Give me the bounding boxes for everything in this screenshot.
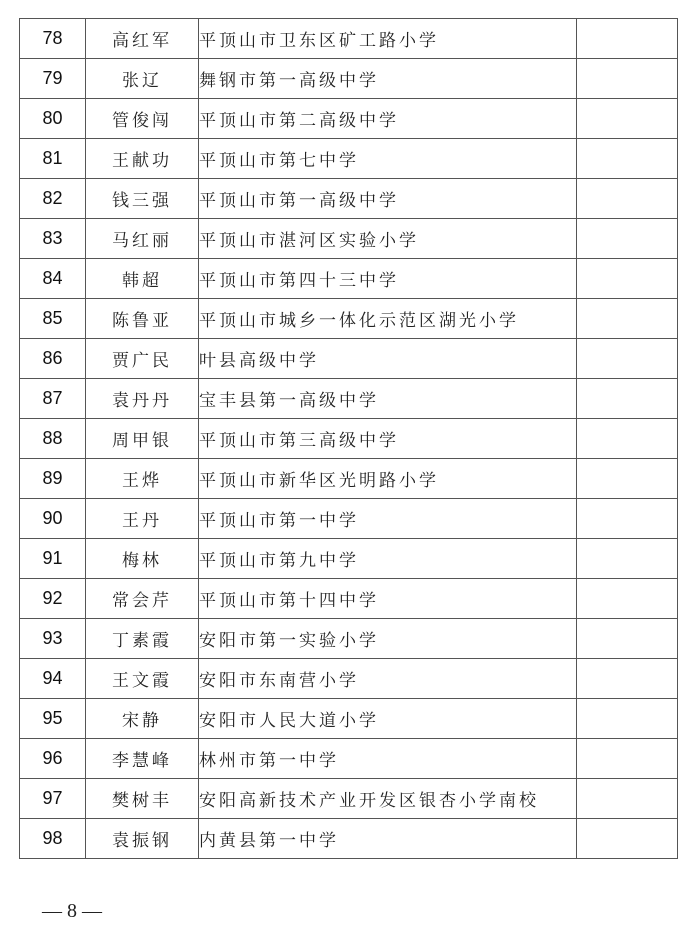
- row-number: 92: [20, 579, 86, 619]
- table-row: 89王烨平顶山市新华区光明路小学: [20, 459, 678, 499]
- note-cell: [577, 739, 678, 779]
- row-number: 84: [20, 259, 86, 299]
- note-cell: [577, 419, 678, 459]
- note-cell: [577, 19, 678, 59]
- note-cell: [577, 299, 678, 339]
- school-name: 内黄县第一中学: [199, 819, 577, 859]
- table-row: 78高红军平顶山市卫东区矿工路小学: [20, 19, 678, 59]
- school-name: 安阳市人民大道小学: [199, 699, 577, 739]
- person-name: 钱三强: [86, 179, 199, 219]
- table-row: 98袁振钢内黄县第一中学: [20, 819, 678, 859]
- note-cell: [577, 99, 678, 139]
- table-row: 96李慧峰林州市第一中学: [20, 739, 678, 779]
- table-row: 81王献功平顶山市第七中学: [20, 139, 678, 179]
- school-name: 平顶山市第一高级中学: [199, 179, 577, 219]
- person-name: 贾广民: [86, 339, 199, 379]
- row-number: 95: [20, 699, 86, 739]
- document-page: 78高红军平顶山市卫东区矿工路小学 79张辽舞钢市第一高级中学 80管俊闯平顶山…: [0, 0, 690, 928]
- row-number: 79: [20, 59, 86, 99]
- person-name: 王献功: [86, 139, 199, 179]
- person-name: 王烨: [86, 459, 199, 499]
- note-cell: [577, 459, 678, 499]
- school-name: 林州市第一中学: [199, 739, 577, 779]
- row-number: 81: [20, 139, 86, 179]
- person-name: 管俊闯: [86, 99, 199, 139]
- page-number: — 8 —: [42, 900, 102, 923]
- roster-table-body: 78高红军平顶山市卫东区矿工路小学 79张辽舞钢市第一高级中学 80管俊闯平顶山…: [20, 19, 678, 859]
- note-cell: [577, 819, 678, 859]
- table-row: 90王丹平顶山市第一中学: [20, 499, 678, 539]
- table-row: 94王文霞安阳市东南营小学: [20, 659, 678, 699]
- table-row: 92常会芹平顶山市第十四中学: [20, 579, 678, 619]
- row-number: 85: [20, 299, 86, 339]
- school-name: 平顶山市第七中学: [199, 139, 577, 179]
- school-name: 平顶山市第四十三中学: [199, 259, 577, 299]
- note-cell: [577, 779, 678, 819]
- person-name: 梅林: [86, 539, 199, 579]
- school-name: 平顶山市第十四中学: [199, 579, 577, 619]
- person-name: 韩超: [86, 259, 199, 299]
- note-cell: [577, 619, 678, 659]
- person-name: 马红丽: [86, 219, 199, 259]
- note-cell: [577, 179, 678, 219]
- row-number: 94: [20, 659, 86, 699]
- row-number: 90: [20, 499, 86, 539]
- person-name: 王文霞: [86, 659, 199, 699]
- table-row: 80管俊闯平顶山市第二高级中学: [20, 99, 678, 139]
- note-cell: [577, 219, 678, 259]
- note-cell: [577, 659, 678, 699]
- person-name: 高红军: [86, 19, 199, 59]
- table-row: 97樊树丰安阳高新技术产业开发区银杏小学南校: [20, 779, 678, 819]
- person-name: 张辽: [86, 59, 199, 99]
- school-name: 安阳市第一实验小学: [199, 619, 577, 659]
- note-cell: [577, 699, 678, 739]
- row-number: 93: [20, 619, 86, 659]
- person-name: 袁丹丹: [86, 379, 199, 419]
- row-number: 91: [20, 539, 86, 579]
- table-row: 84韩超平顶山市第四十三中学: [20, 259, 678, 299]
- note-cell: [577, 59, 678, 99]
- school-name: 平顶山市城乡一体化示范区湖光小学: [199, 299, 577, 339]
- note-cell: [577, 379, 678, 419]
- table-row: 93丁素霞安阳市第一实验小学: [20, 619, 678, 659]
- table-row: 79张辽舞钢市第一高级中学: [20, 59, 678, 99]
- person-name: 樊树丰: [86, 779, 199, 819]
- row-number: 80: [20, 99, 86, 139]
- school-name: 平顶山市第一中学: [199, 499, 577, 539]
- school-name: 平顶山市第九中学: [199, 539, 577, 579]
- row-number: 78: [20, 19, 86, 59]
- note-cell: [577, 539, 678, 579]
- person-name: 常会芹: [86, 579, 199, 619]
- row-number: 98: [20, 819, 86, 859]
- person-name: 李慧峰: [86, 739, 199, 779]
- table-row: 82钱三强平顶山市第一高级中学: [20, 179, 678, 219]
- row-number: 97: [20, 779, 86, 819]
- school-name: 安阳高新技术产业开发区银杏小学南校: [199, 779, 577, 819]
- note-cell: [577, 579, 678, 619]
- row-number: 83: [20, 219, 86, 259]
- school-name: 宝丰县第一高级中学: [199, 379, 577, 419]
- row-number: 82: [20, 179, 86, 219]
- table-row: 87袁丹丹宝丰县第一高级中学: [20, 379, 678, 419]
- person-name: 丁素霞: [86, 619, 199, 659]
- person-name: 陈鲁亚: [86, 299, 199, 339]
- table-row: 88周甲银平顶山市第三高级中学: [20, 419, 678, 459]
- school-name: 平顶山市第三高级中学: [199, 419, 577, 459]
- table-row: 85陈鲁亚平顶山市城乡一体化示范区湖光小学: [20, 299, 678, 339]
- person-name: 袁振钢: [86, 819, 199, 859]
- table-row: 83马红丽平顶山市湛河区实验小学: [20, 219, 678, 259]
- person-name: 王丹: [86, 499, 199, 539]
- person-name: 宋静: [86, 699, 199, 739]
- school-name: 平顶山市湛河区实验小学: [199, 219, 577, 259]
- row-number: 89: [20, 459, 86, 499]
- school-name: 平顶山市第二高级中学: [199, 99, 577, 139]
- school-name: 叶县高级中学: [199, 339, 577, 379]
- note-cell: [577, 139, 678, 179]
- note-cell: [577, 339, 678, 379]
- roster-table: 78高红军平顶山市卫东区矿工路小学 79张辽舞钢市第一高级中学 80管俊闯平顶山…: [19, 18, 678, 859]
- note-cell: [577, 259, 678, 299]
- school-name: 舞钢市第一高级中学: [199, 59, 577, 99]
- school-name: 安阳市东南营小学: [199, 659, 577, 699]
- school-name: 平顶山市新华区光明路小学: [199, 459, 577, 499]
- table-row: 91梅林平顶山市第九中学: [20, 539, 678, 579]
- row-number: 86: [20, 339, 86, 379]
- note-cell: [577, 499, 678, 539]
- row-number: 88: [20, 419, 86, 459]
- row-number: 87: [20, 379, 86, 419]
- school-name: 平顶山市卫东区矿工路小学: [199, 19, 577, 59]
- table-row: 86贾广民叶县高级中学: [20, 339, 678, 379]
- table-row: 95宋静安阳市人民大道小学: [20, 699, 678, 739]
- person-name: 周甲银: [86, 419, 199, 459]
- row-number: 96: [20, 739, 86, 779]
